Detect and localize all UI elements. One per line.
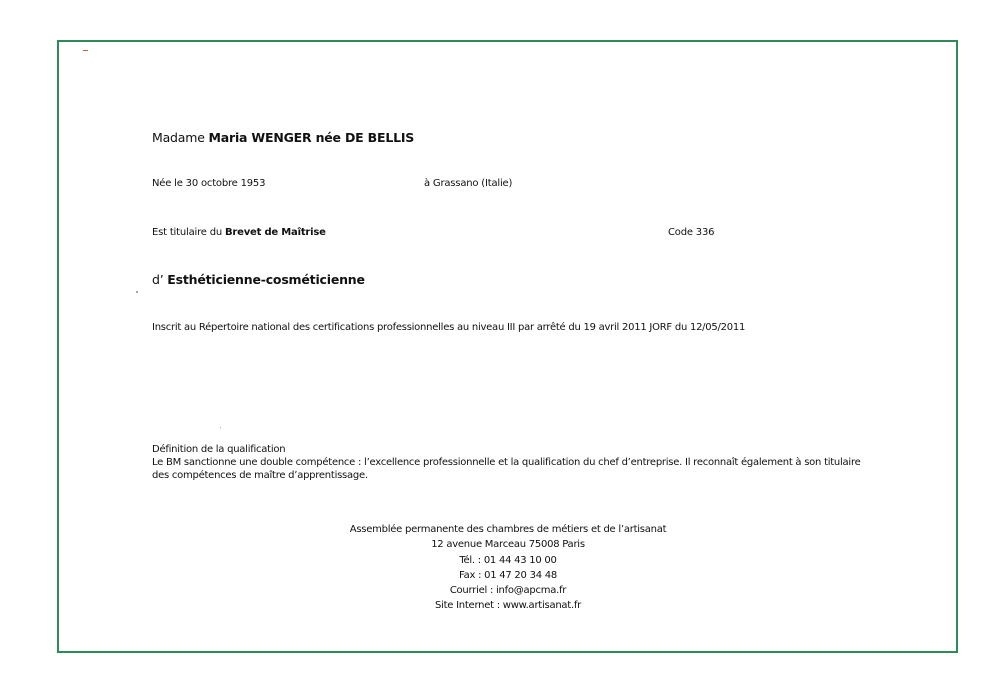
birth-date: Née le 30 octobre 1953 xyxy=(152,178,265,189)
specialty-prefix: d’ xyxy=(152,272,164,287)
specialty-line: d’ Esthéticienne-cosméticienne xyxy=(152,272,365,287)
diploma-name: Brevet de Maîtrise xyxy=(225,227,326,238)
holder-salutation: Madame xyxy=(152,130,205,145)
issuer-website: Site Internet : www.artisanat.fr xyxy=(258,598,758,613)
scan-mark xyxy=(83,50,88,51)
holder-name-line: Madame Maria WENGER née DE BELLIS xyxy=(152,130,414,145)
definition-section: Définition de la qualification Le BM san… xyxy=(152,443,872,482)
specialty-name: Esthéticienne-cosméticienne xyxy=(167,272,364,287)
diploma-line: Est titulaire du Brevet de Maîtrise xyxy=(152,227,326,238)
issuer-email: Courriel : info@apcma.fr xyxy=(258,583,758,598)
definition-title: Définition de la qualification xyxy=(152,443,872,456)
definition-text: Le BM sanctionne une double compétence :… xyxy=(152,456,872,482)
issuer-name: Assemblée permanente des chambres de mét… xyxy=(258,522,758,537)
diploma-code: Code 336 xyxy=(668,227,714,238)
registration-text: Inscrit au Répertoire national des certi… xyxy=(152,322,745,333)
diploma-prefix: Est titulaire du xyxy=(152,227,222,238)
holder-full-name: Maria WENGER née DE BELLIS xyxy=(209,130,415,145)
issuer-address: 12 avenue Marceau 75008 Paris xyxy=(258,537,758,552)
issuer-phone: Tél. : 01 44 43 10 00 xyxy=(258,553,758,568)
issuer-block: Assemblée permanente des chambres de mét… xyxy=(258,522,758,614)
issuer-fax: Fax : 01 47 20 34 48 xyxy=(258,568,758,583)
scan-speck xyxy=(136,291,138,293)
scan-speck xyxy=(220,427,221,428)
birth-place: à Grassano (Italie) xyxy=(424,178,512,189)
